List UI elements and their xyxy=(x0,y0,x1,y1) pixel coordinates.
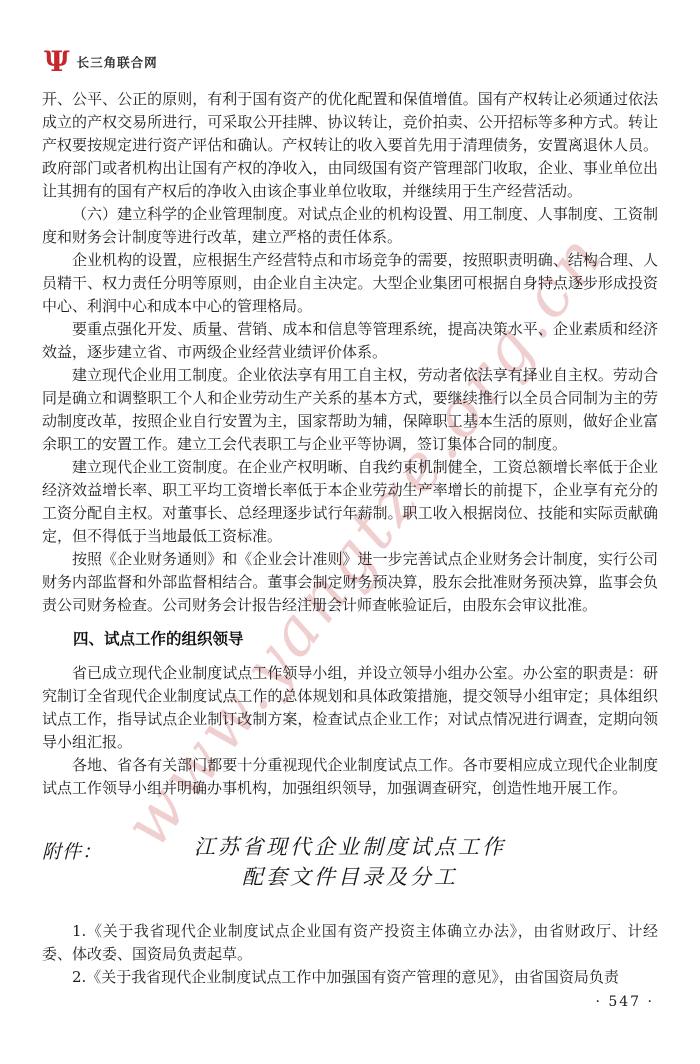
body-paragraph: 企业机构的设置，应根据生产经营特点和市场竞争的需要，按照职责明确、结构合理、人员… xyxy=(42,249,658,318)
body-paragraph: 省已成立现代企业制度试点工作领导小组，并设立领导小组办公室。办公室的职责是：研究… xyxy=(42,662,658,754)
body-paragraph: 开、公平、公正的原则，有利于国有资产的优化配置和保值增值。国有产权转让必须通过依… xyxy=(42,88,658,203)
attachment-section: 附件： 江苏省现代企业制度试点工作 配套文件目录及分工 xyxy=(42,832,658,892)
section-heading: 四、试点工作的组织领导 xyxy=(42,628,658,651)
attachment-item: 1.《关于我省现代企业制度试点企业国有资产投资主体确立办法》，由省财政厅、计经委… xyxy=(42,920,658,966)
body-paragraph: 各地、省各有关部门都要十分重视现代企业制度试点工作。各市要相应成立现代企业制度试… xyxy=(42,754,658,800)
attachment-label: 附件： xyxy=(42,837,102,864)
site-header: Ψ 长三角联合网 xyxy=(44,48,158,76)
attachment-title-line1: 江苏省现代企业制度试点工作 xyxy=(42,832,658,862)
body-paragraph: 建立现代企业工资制度。在企业产权明晰、自我约束机制健全，工资总额增长率低于企业经… xyxy=(42,456,658,548)
attachment-item: 2.《关于我省现代企业制度试点工作中加强国有资产管理的意见》，由省国资局负责 xyxy=(42,966,658,989)
body-paragraph: （六）建立科学的企业管理制度。对试点企业的机构设置、用工制度、人事制度、工资制度… xyxy=(42,203,658,249)
page-number: · 547 · xyxy=(595,994,654,1010)
document-body: 开、公平、公正的原则，有利于国有资产的优化配置和保值增值。国有产权转让必须通过依… xyxy=(42,88,658,989)
body-paragraph: 按照《企业财务通则》和《企业会计准则》进一步完善试点企业财务会计制度，实行公司财… xyxy=(42,548,658,617)
site-name: 长三角联合网 xyxy=(77,53,158,71)
site-logo-icon: Ψ xyxy=(44,48,70,76)
body-paragraph: 建立现代企业用工制度。企业依法享有用工自主权，劳动者依法享有择业自主权。劳动合同… xyxy=(42,364,658,456)
attachment-items: 1.《关于我省现代企业制度试点企业国有资产投资主体确立办法》，由省财政厅、计经委… xyxy=(42,920,658,989)
document-page: www.yangtze.org.cn Ψ 长三角联合网 开、公平、公正的原则，有… xyxy=(0,0,700,1064)
attachment-title-line2: 配套文件目录及分工 xyxy=(42,862,658,892)
body-paragraph: 要重点强化开发、质量、营销、成本和信息等管理系统，提高决策水平、企业素质和经济效… xyxy=(42,318,658,364)
